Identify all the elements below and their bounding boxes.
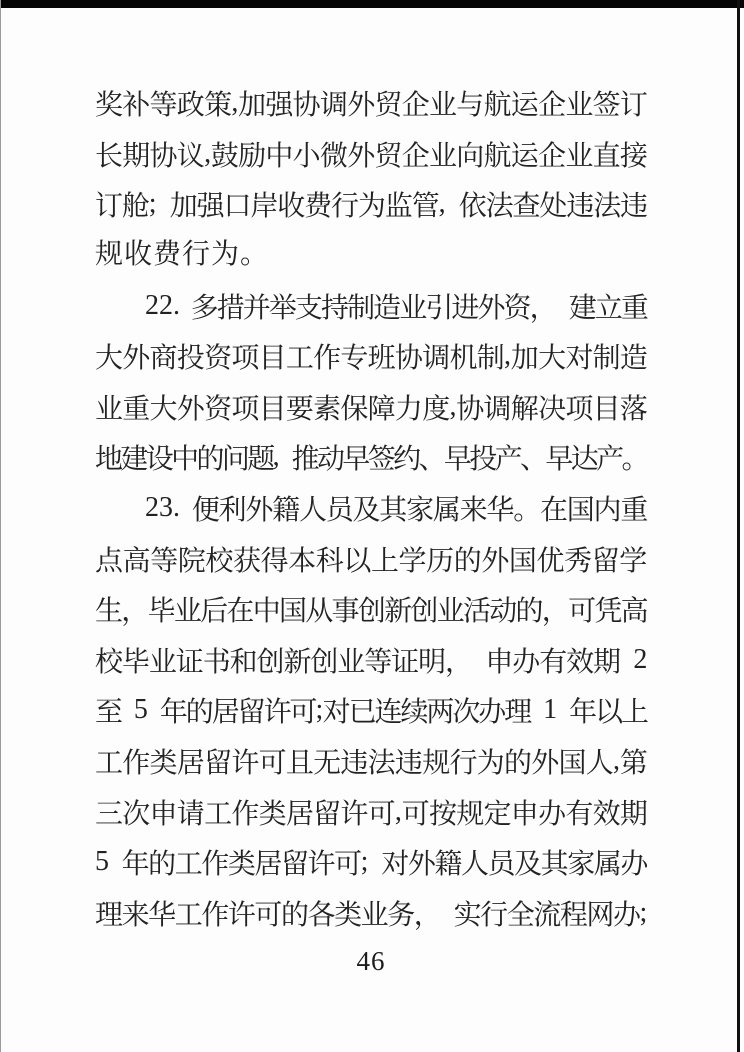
text-line-2: 长期协议,鼓励中小微外贸企业向航运企业直接 [95,129,647,180]
text-line-8: 地建设中的问题, 推动早签约、早投产、早达产。 [95,432,647,483]
text-line-14: 工作类居留许可且无违法违规行为的外国人,第 [95,736,647,787]
text-line-16: 5 年的工作类居留许可; 对外籍人员及其家属办 [95,837,647,888]
text-line-10: 点高等院校获得本科以上学历的外国优秀留学 [95,533,647,584]
text-line-7: 业重大外资项目要素保障力度,协调解决项目落 [95,382,647,433]
text-line-15: 三次申请工作类居留许可,可按规定申办有效期 [95,786,647,837]
text-line-6: 大外商投资项目工作专班协调机制,加大对制造 [95,331,647,382]
scan-left-edge-line [0,0,1,1052]
text-line-5: 22. 多措并举支持制造业引进外资， 建立重 [95,280,647,331]
text-line-3: 订舱; 加强口岸收费行为监管, 依法查处违法违 [95,179,647,230]
body-text: 奖补等政策,加强协调外贸企业与航运企业签订长期协议,鼓励中小微外贸企业向航运企业… [95,78,647,938]
scan-right-edge-line [737,0,740,1052]
text-line-1: 奖补等政策,加强协调外贸企业与航运企业签订 [95,78,647,129]
text-line-4: 规收费行为。 [95,230,647,281]
text-line-9: 23. 便利外籍人员及其家属来华。在国内重 [95,483,647,534]
document-page: 奖补等政策,加强协调外贸企业与航运企业签订长期协议,鼓励中小微外贸企业向航运企业… [0,0,744,1052]
page-number: 46 [95,946,647,977]
text-line-17: 理来华工作许可的各类业务， 实行全流程网办; [95,888,647,939]
scan-top-edge-line [0,0,744,8]
text-line-13: 至 5 年的居留许可;对已连续两次办理 1 年以上 [95,685,647,736]
text-line-11: 生，毕业后在中国从事创新创业活动的，可凭高 [95,584,647,635]
text-line-12: 校毕业证书和创新创业等证明， 申办有效期 2 [95,635,647,686]
